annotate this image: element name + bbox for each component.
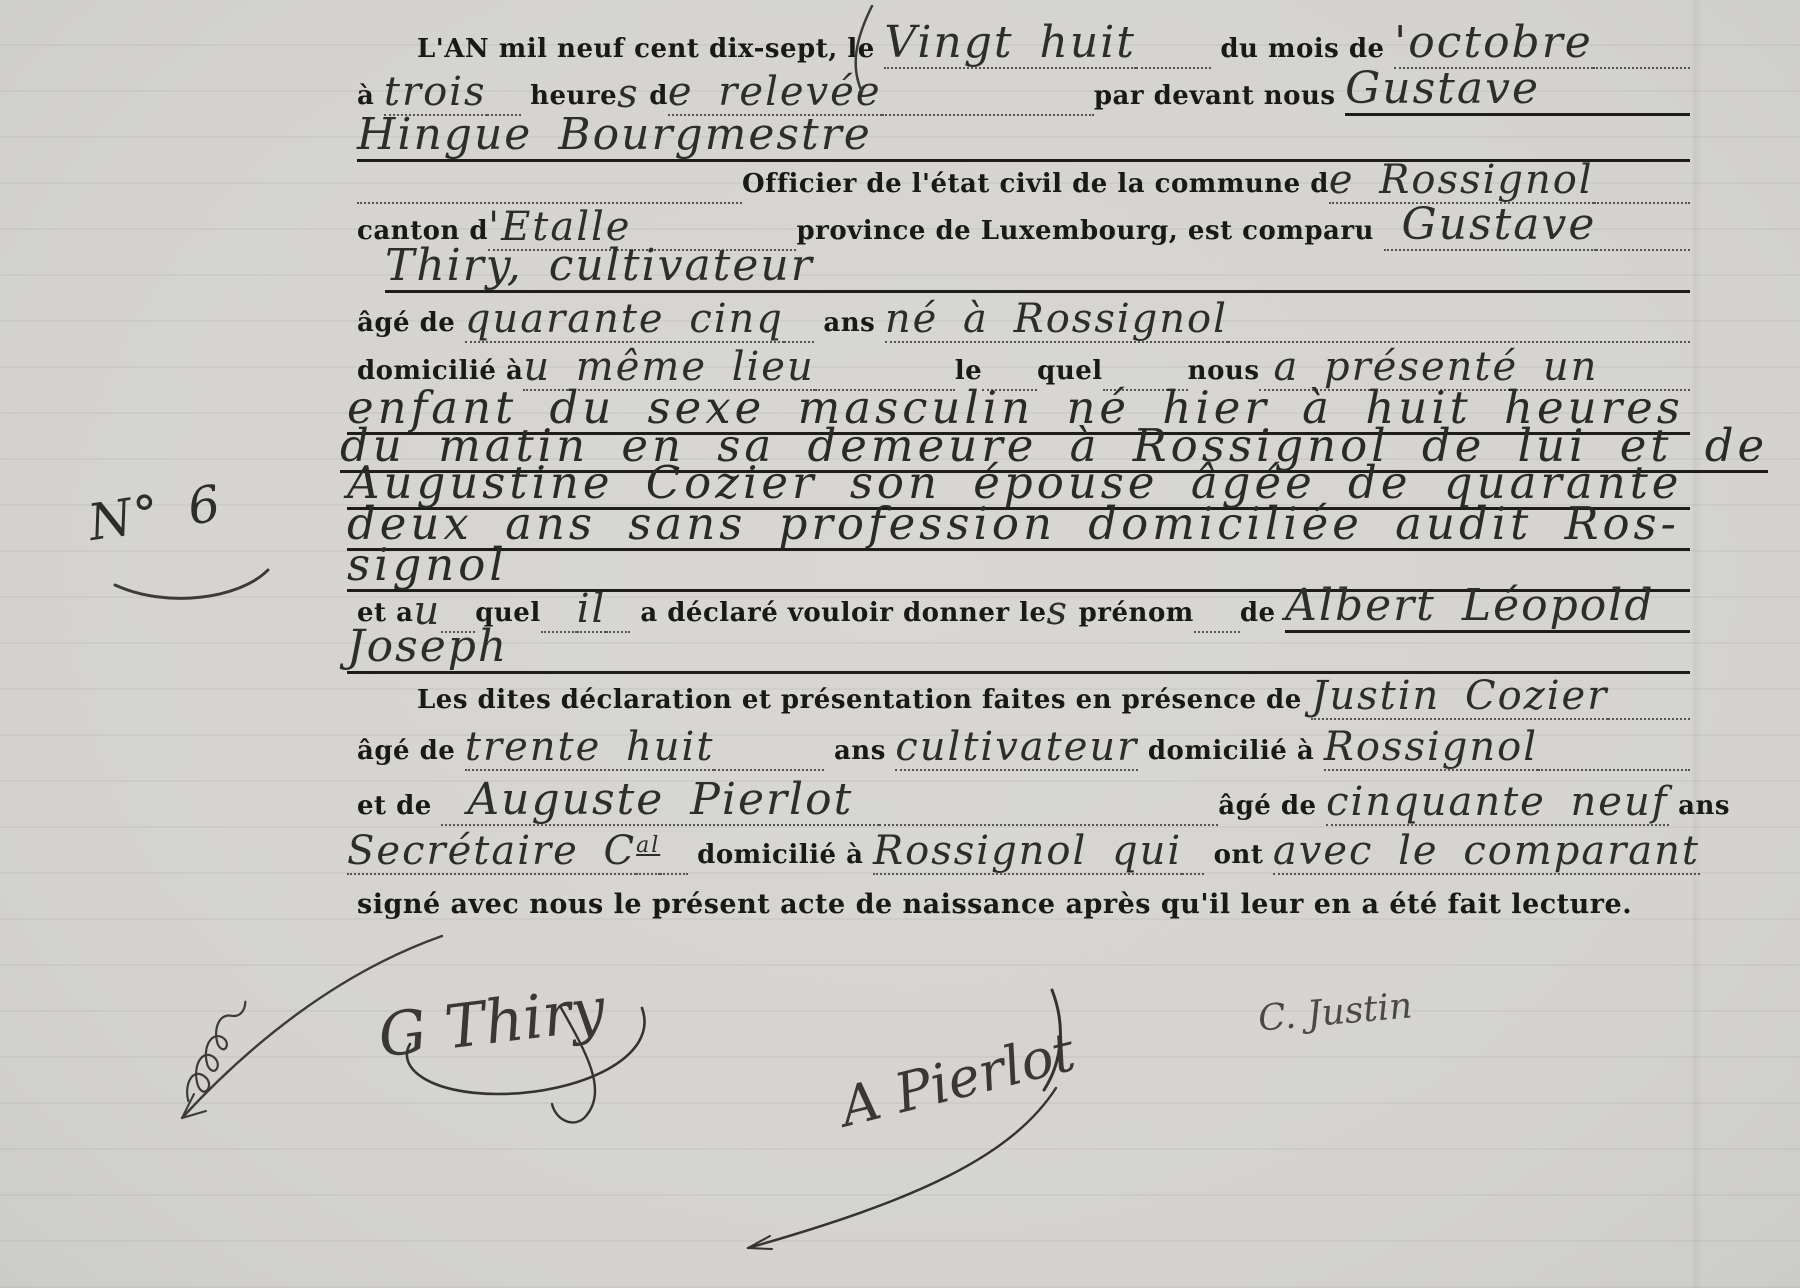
form-line-16: Les dites déclaration et présentation fa… xyxy=(417,676,1690,720)
handwritten-entry: signol xyxy=(347,542,508,592)
handwritten-birthplace: né à Rossignol xyxy=(885,299,1228,343)
form-line-4: Officier de l'état civil de la commune d… xyxy=(357,160,1690,204)
form-line-7: âgé de quarante cinq ans né à Rossignol xyxy=(357,299,1690,343)
birth-certificate-scan: N° 6 L'AN mil neuf cent dix-sept, le Vin… xyxy=(0,0,1800,1288)
handwritten-month: 'octobre xyxy=(1394,21,1593,69)
rule-line xyxy=(879,824,1218,826)
form-line-12: deux ans sans profession domiciliée audi… xyxy=(347,507,1690,551)
rule-line xyxy=(660,873,687,875)
printed-text: et de xyxy=(357,793,441,826)
rule-line xyxy=(1182,873,1204,875)
printed-text: ans xyxy=(1669,793,1730,826)
handwritten-witness2-occupation: Secrétaire C xyxy=(347,831,636,875)
printed-text: province de Luxembourg, est comparu xyxy=(796,218,1383,251)
printed-text: ont xyxy=(1204,842,1273,875)
handwritten-witness2-name: Auguste Pierlot xyxy=(441,778,879,826)
form-line-6: Thiry, cultivateur xyxy=(385,249,1690,293)
printed-text: domicilié à xyxy=(1138,738,1323,771)
rule-line xyxy=(1570,113,1690,116)
handwritten-officer-firstname: Gustave xyxy=(1345,67,1570,116)
handwritten-superscript: al xyxy=(636,835,660,875)
signature-witness-pierlot: A Pierlot xyxy=(834,1020,1081,1139)
handwritten-witness1-name: Justin Cozier xyxy=(1311,676,1608,720)
handwritten-officer-name: Hingue Bourgmestre xyxy=(357,113,872,162)
form-line-15: Joseph xyxy=(347,630,1690,674)
act-number-text: N° 6 xyxy=(84,474,226,554)
form-line-3: Hingue Bourgmestre xyxy=(357,118,1690,162)
printed-text: de xyxy=(1240,600,1285,633)
handwritten-entry: deux ans sans profession domiciliée audi… xyxy=(347,501,1680,551)
handwritten-child-firstnames: Albert Léopold xyxy=(1285,584,1654,633)
handwritten-witness1-domicile: Rossignol xyxy=(1324,727,1538,771)
form-line-19: Secrétaire C al domicilié à Rossignol qu… xyxy=(347,831,1700,875)
handwritten-witness2-domicile: Rossignol qui xyxy=(873,831,1182,875)
handwritten-declarant-firstname: Gustave xyxy=(1384,203,1597,251)
form-line-18: et de Auguste Pierlot âgé de cinquante n… xyxy=(357,782,1730,826)
handwritten-commune: e Rossignol xyxy=(1329,160,1594,204)
printed-text: Officier de l'état civil de la commune d xyxy=(742,171,1329,204)
rule-line xyxy=(714,769,824,771)
handwritten-declarant-name: Thiry, cultivateur xyxy=(385,244,814,293)
paraph-scribble xyxy=(161,1001,274,1104)
handwritten-entry: avec le comparant xyxy=(1273,831,1700,875)
handwritten-age: quarante cinq xyxy=(465,299,784,343)
paraph-arrow-tip xyxy=(182,1094,206,1118)
printed-text: Les dites déclaration et présentation fa… xyxy=(417,687,1311,720)
form-line-14: et a u quel il a déclaré vouloir donner … xyxy=(357,589,1690,633)
handwritten-entry: s xyxy=(1047,591,1070,633)
handwritten-witness1-occupation: cultivateur xyxy=(895,727,1138,771)
printed-text: âgé de xyxy=(357,310,465,343)
handwritten-child-firstnames: Joseph xyxy=(347,625,508,674)
handwritten-witness2-age: cinquante neuf xyxy=(1326,782,1668,826)
rule-line xyxy=(1136,67,1211,69)
printed-text: a déclaré vouloir donner le xyxy=(630,600,1046,633)
printed-text: ans xyxy=(824,738,895,771)
handwritten-entry: il xyxy=(577,589,607,633)
rule-line xyxy=(1608,718,1690,720)
rule-line xyxy=(882,114,1094,116)
handwritten-day: Vingt huit xyxy=(884,21,1136,69)
printed-text: âgé de xyxy=(1218,793,1326,826)
signature-witness-justin: C. Justin xyxy=(1257,985,1414,1039)
signature-officer-thiry: G Thiry xyxy=(375,974,609,1071)
rule-line xyxy=(1228,341,1690,343)
rule-line xyxy=(1594,202,1690,204)
margin-underline-flourish xyxy=(115,570,268,598)
rule-line xyxy=(1538,769,1690,771)
form-line-20: signé avec nous le présent acte de naiss… xyxy=(357,881,1690,925)
rule-line xyxy=(1593,67,1690,69)
printed-text: ans xyxy=(814,310,885,343)
printed-text: L'AN mil neuf cent dix-sept, le xyxy=(417,36,884,69)
printed-text: domicilié à xyxy=(688,842,873,875)
pierlot-arrow-tip xyxy=(748,1236,772,1249)
printed-closing-text: signé avec nous le présent acte de naiss… xyxy=(357,891,1632,925)
printed-text: par devant nous xyxy=(1094,83,1345,116)
printed-text: prénom xyxy=(1069,600,1194,633)
margin-act-number: N° 6 xyxy=(85,478,226,548)
handwritten-witness1-age: trente huit xyxy=(465,727,714,771)
rule-line xyxy=(814,290,1690,293)
rule-line xyxy=(784,341,814,343)
form-line-17: âgé de trente huit ans cultivateur domic… xyxy=(357,727,1690,771)
printed-text: âgé de xyxy=(357,738,465,771)
